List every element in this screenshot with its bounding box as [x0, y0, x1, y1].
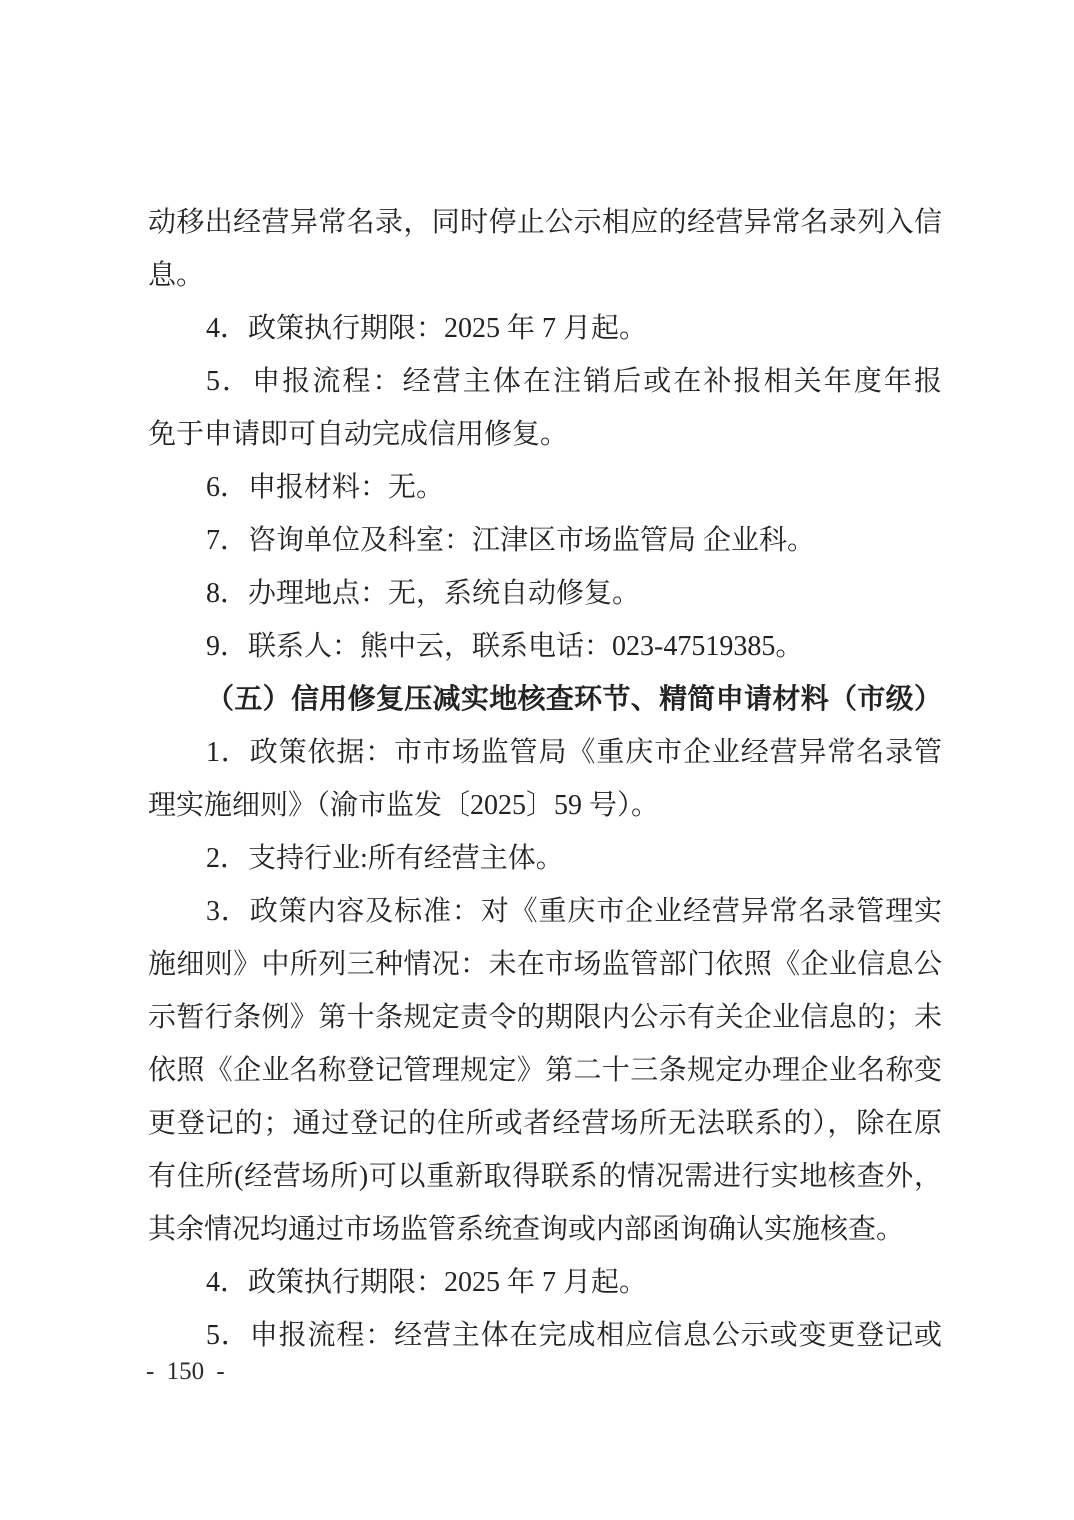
text-line: 示暂行条例》第十条规定责令的期限内公示有关企业信息的；未	[148, 991, 942, 1044]
section-heading: （五）信用修复压减实地核查环节、精简申请材料（市级）	[148, 673, 942, 726]
page-number: - 150 -	[146, 1352, 225, 1392]
document-body: 动移出经营异常名录，同时停止公示相应的经营异常名录列入信息。4．政策执行期限：2…	[148, 196, 942, 1362]
document-page: 动移出经营异常名录，同时停止公示相应的经营异常名录列入信息。4．政策执行期限：2…	[0, 0, 1074, 1520]
text-line: 2．支持行业:所有经营主体。	[148, 832, 942, 885]
text-line: 更登记的；通过登记的住所或者经营场所无法联系的），除在原	[148, 1097, 942, 1150]
text-line: 息。	[148, 249, 942, 302]
text-line: 其余情况均通过市场监管系统查询或内部函询确认实施核查。	[148, 1203, 942, 1256]
text-line: 有住所(经营场所)可以重新取得联系的情况需进行实地核查外，	[148, 1150, 942, 1203]
text-line: 7．咨询单位及科室：江津区市场监管局 企业科。	[148, 514, 942, 567]
text-line: 6．申报材料：无。	[148, 461, 942, 514]
text-line: 4．政策执行期限：2025 年 7 月起。	[148, 302, 942, 355]
text-line: 3．政策内容及标准：对《重庆市企业经营异常名录管理实	[148, 885, 942, 938]
text-line: 9．联系人：熊中云，联系电话：023-47519385。	[148, 620, 942, 673]
text-line: 5．申报流程：经营主体在注销后或在补报相关年度年报后，	[148, 355, 942, 408]
text-line: 依照《企业名称登记管理规定》第二十三条规定办理企业名称变	[148, 1044, 942, 1097]
text-line: 理实施细则》（渝市监发〔2025〕59 号）。	[148, 779, 942, 832]
page-number-label: - 150 -	[146, 1358, 225, 1385]
text-line: 施细则》中所列三种情况：未在市场监管部门依照《企业信息公	[148, 938, 942, 991]
text-line: 4．政策执行期限：2025 年 7 月起。	[148, 1256, 942, 1309]
text-line: 1．政策依据：市市场监管局《重庆市企业经营异常名录管	[148, 726, 942, 779]
text-line: 5．申报流程：经营主体在完成相应信息公示或变更登记或	[148, 1309, 942, 1362]
text-line: 8．办理地点：无，系统自动修复。	[148, 567, 942, 620]
text-line: 免于申请即可自动完成信用修复。	[148, 408, 942, 461]
text-line: 动移出经营异常名录，同时停止公示相应的经营异常名录列入信	[148, 196, 942, 249]
